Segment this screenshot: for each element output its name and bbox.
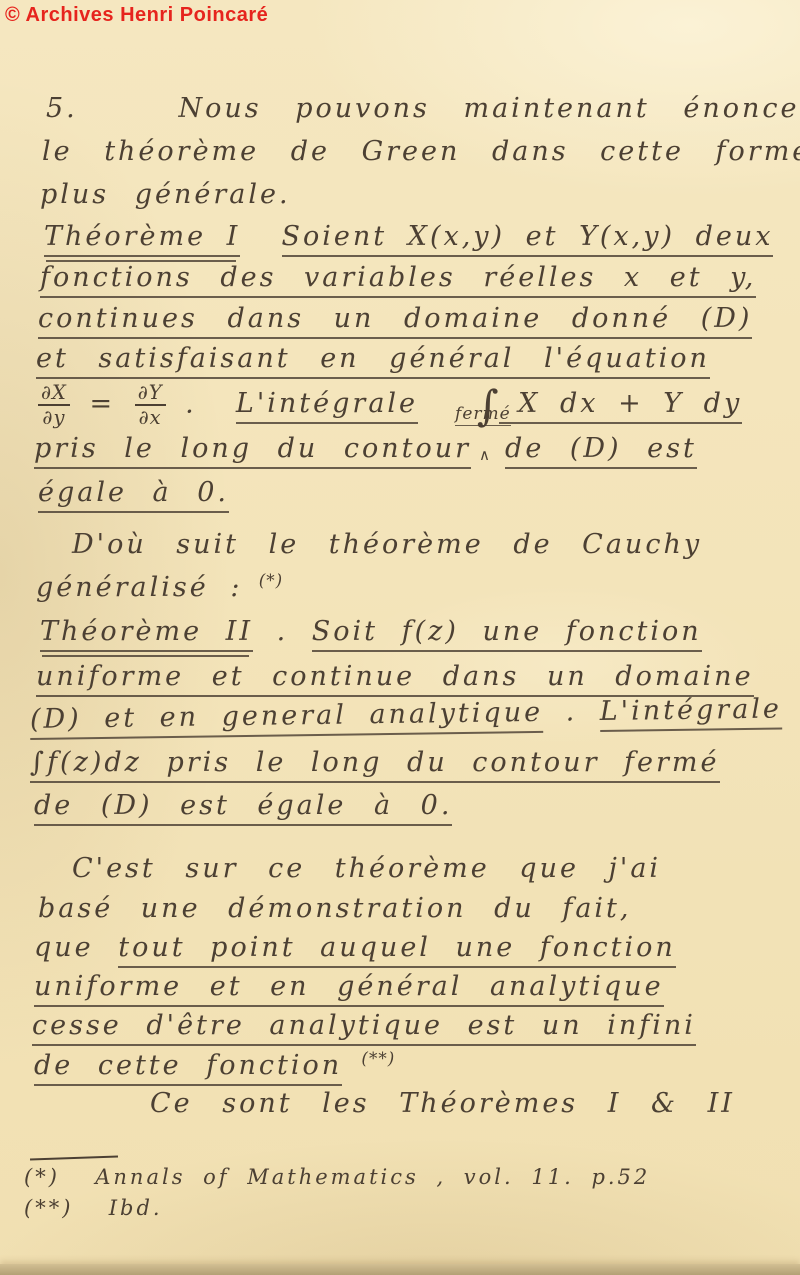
line-19: basé une démonstration du fait, <box>38 892 631 926</box>
theorem-heading: Théorème II <box>40 616 253 652</box>
line-23: de cette fonction (**) <box>34 1048 395 1083</box>
fraction-denominator: ∂x <box>139 406 162 428</box>
line-22: cesse d'être analytique est un infini <box>32 1009 696 1043</box>
line-08: ∂X∂y = ∂Y∂x . L'intégrale ∫ X dx + Y dy <box>38 380 742 432</box>
handwritten-text: (*) <box>242 570 283 590</box>
handwritten-text: et satisfaisant en général l'équation <box>36 343 710 379</box>
line-06: continues dans un domaine donné (D) <box>38 302 752 336</box>
partial-derivative-fraction: ∂Y∂x <box>135 382 166 429</box>
inserted-word: fermé <box>455 404 511 426</box>
handwritten-text <box>240 221 281 252</box>
line-12: généralisé : (*) <box>36 570 283 605</box>
handwritten-text: Soit f(z) une fonction <box>312 616 702 652</box>
footnote-2: (**) Ibd. <box>24 1195 163 1221</box>
handwritten-text: X dx + Y dy <box>499 388 743 424</box>
scanned-manuscript-page: { "colors": { "paper": "#f3e4ba", "ink":… <box>0 0 800 1275</box>
handwritten-text: 5. Nous pouvons maintenant énoncer <box>46 93 800 124</box>
handwritten-text: D'où suit le théorème de Cauchy <box>72 529 702 560</box>
handwritten-text: cesse d'être analytique est un infini <box>32 1010 696 1046</box>
handwritten-text: = <box>70 388 135 419</box>
handwritten-text: L'intégrale <box>236 388 418 424</box>
handwritten-text: (*) Annals of Mathematics , vol. 11. p.5… <box>24 1165 650 1189</box>
line-03: plus générale. <box>40 178 291 212</box>
handwritten-text: pris le long du contour <box>34 433 471 469</box>
line-05: fonctions des variables réelles x et y, <box>40 261 756 295</box>
line-13: Théorème II . Soit f(z) une fonction <box>40 615 702 649</box>
line-24: Ce sont les Théorèmes I & II <box>150 1087 735 1121</box>
handwritten-text: . <box>253 616 312 647</box>
line-02: le théorème de Green dans cette forme <box>42 135 800 169</box>
line-07: et satisfaisant en général l'équation <box>36 342 710 376</box>
line-18: C'est sur ce théorème que j'ai <box>72 852 661 886</box>
line-01: 5. Nous pouvons maintenant énoncer <box>46 92 800 126</box>
handwritten-text: plus générale. <box>40 179 291 210</box>
handwritten-text: continues dans un domaine donné (D) <box>38 303 752 339</box>
handwritten-text: de (D) est <box>505 433 697 469</box>
handwritten-text: basé une démonstration du fait, <box>38 893 631 924</box>
archive-watermark: © Archives Henri Poincaré <box>5 4 268 27</box>
line-09: pris le long du contourfermé∧de (D) est <box>34 430 697 466</box>
caret-icon: ∧ <box>479 446 493 465</box>
handwritten-text: (**) Ibd. <box>24 1196 163 1220</box>
fraction-numerator: ∂Y <box>135 382 166 406</box>
handwritten-text: de (D) est égale à 0. <box>34 790 452 826</box>
line-21: uniforme et en général analytique <box>34 970 664 1004</box>
handwritten-text: ∫f(z)dz pris le long du contour fermé <box>30 747 720 783</box>
handwritten-text: . <box>543 696 600 728</box>
theorem-heading: Théorème I <box>44 221 240 257</box>
handwritten-text: . <box>166 388 236 419</box>
handwritten-text: L'intégrale <box>600 694 783 733</box>
handwritten-text: fonctions des variables réelles x et y, <box>40 262 756 298</box>
line-04: Théorème I Soient X(x,y) et Y(x,y) deux <box>44 220 773 254</box>
handwritten-text: uniforme et en général analytique <box>34 971 664 1007</box>
line-11: D'où suit le théorème de Cauchy <box>72 528 702 562</box>
line-10: égale à 0. <box>38 476 229 510</box>
handwritten-text: tout point auquel une fonction <box>118 932 676 968</box>
handwritten-text: le théorème de Green dans cette forme <box>42 136 800 167</box>
line-14: uniforme et continue dans un domaine <box>36 660 754 694</box>
fraction-denominator: ∂y <box>42 406 65 428</box>
handwritten-text: (D) et en general analytique <box>30 697 544 740</box>
footnote-1: (*) Annals of Mathematics , vol. 11. p.5… <box>24 1164 650 1190</box>
handwritten-text: que <box>34 932 118 963</box>
partial-derivative-fraction: ∂X∂y <box>38 382 70 429</box>
handwritten-text: C'est sur ce théorème que j'ai <box>72 853 661 884</box>
fraction-numerator: ∂X <box>38 382 70 406</box>
handwritten-text: (**) <box>342 1048 395 1068</box>
line-17: de (D) est égale à 0. <box>34 789 452 823</box>
handwritten-text: Soient X(x,y) et Y(x,y) deux <box>282 221 774 257</box>
handwritten-text: de cette fonction <box>34 1050 342 1086</box>
line-16: ∫f(z)dz pris le long du contour fermé <box>30 746 720 780</box>
handwritten-text: Ce sont les Théorèmes I & II <box>150 1088 735 1119</box>
handwritten-text: égale à 0. <box>38 477 229 513</box>
handwritten-text: généralisé : <box>36 572 242 603</box>
inline-insertion-mark: fermé∧ <box>471 430 505 457</box>
paper-bottom-edge <box>0 1264 800 1275</box>
line-20: que tout point auquel une fonction <box>34 931 676 965</box>
handwritten-text: uniforme et continue dans un domaine <box>36 661 754 697</box>
